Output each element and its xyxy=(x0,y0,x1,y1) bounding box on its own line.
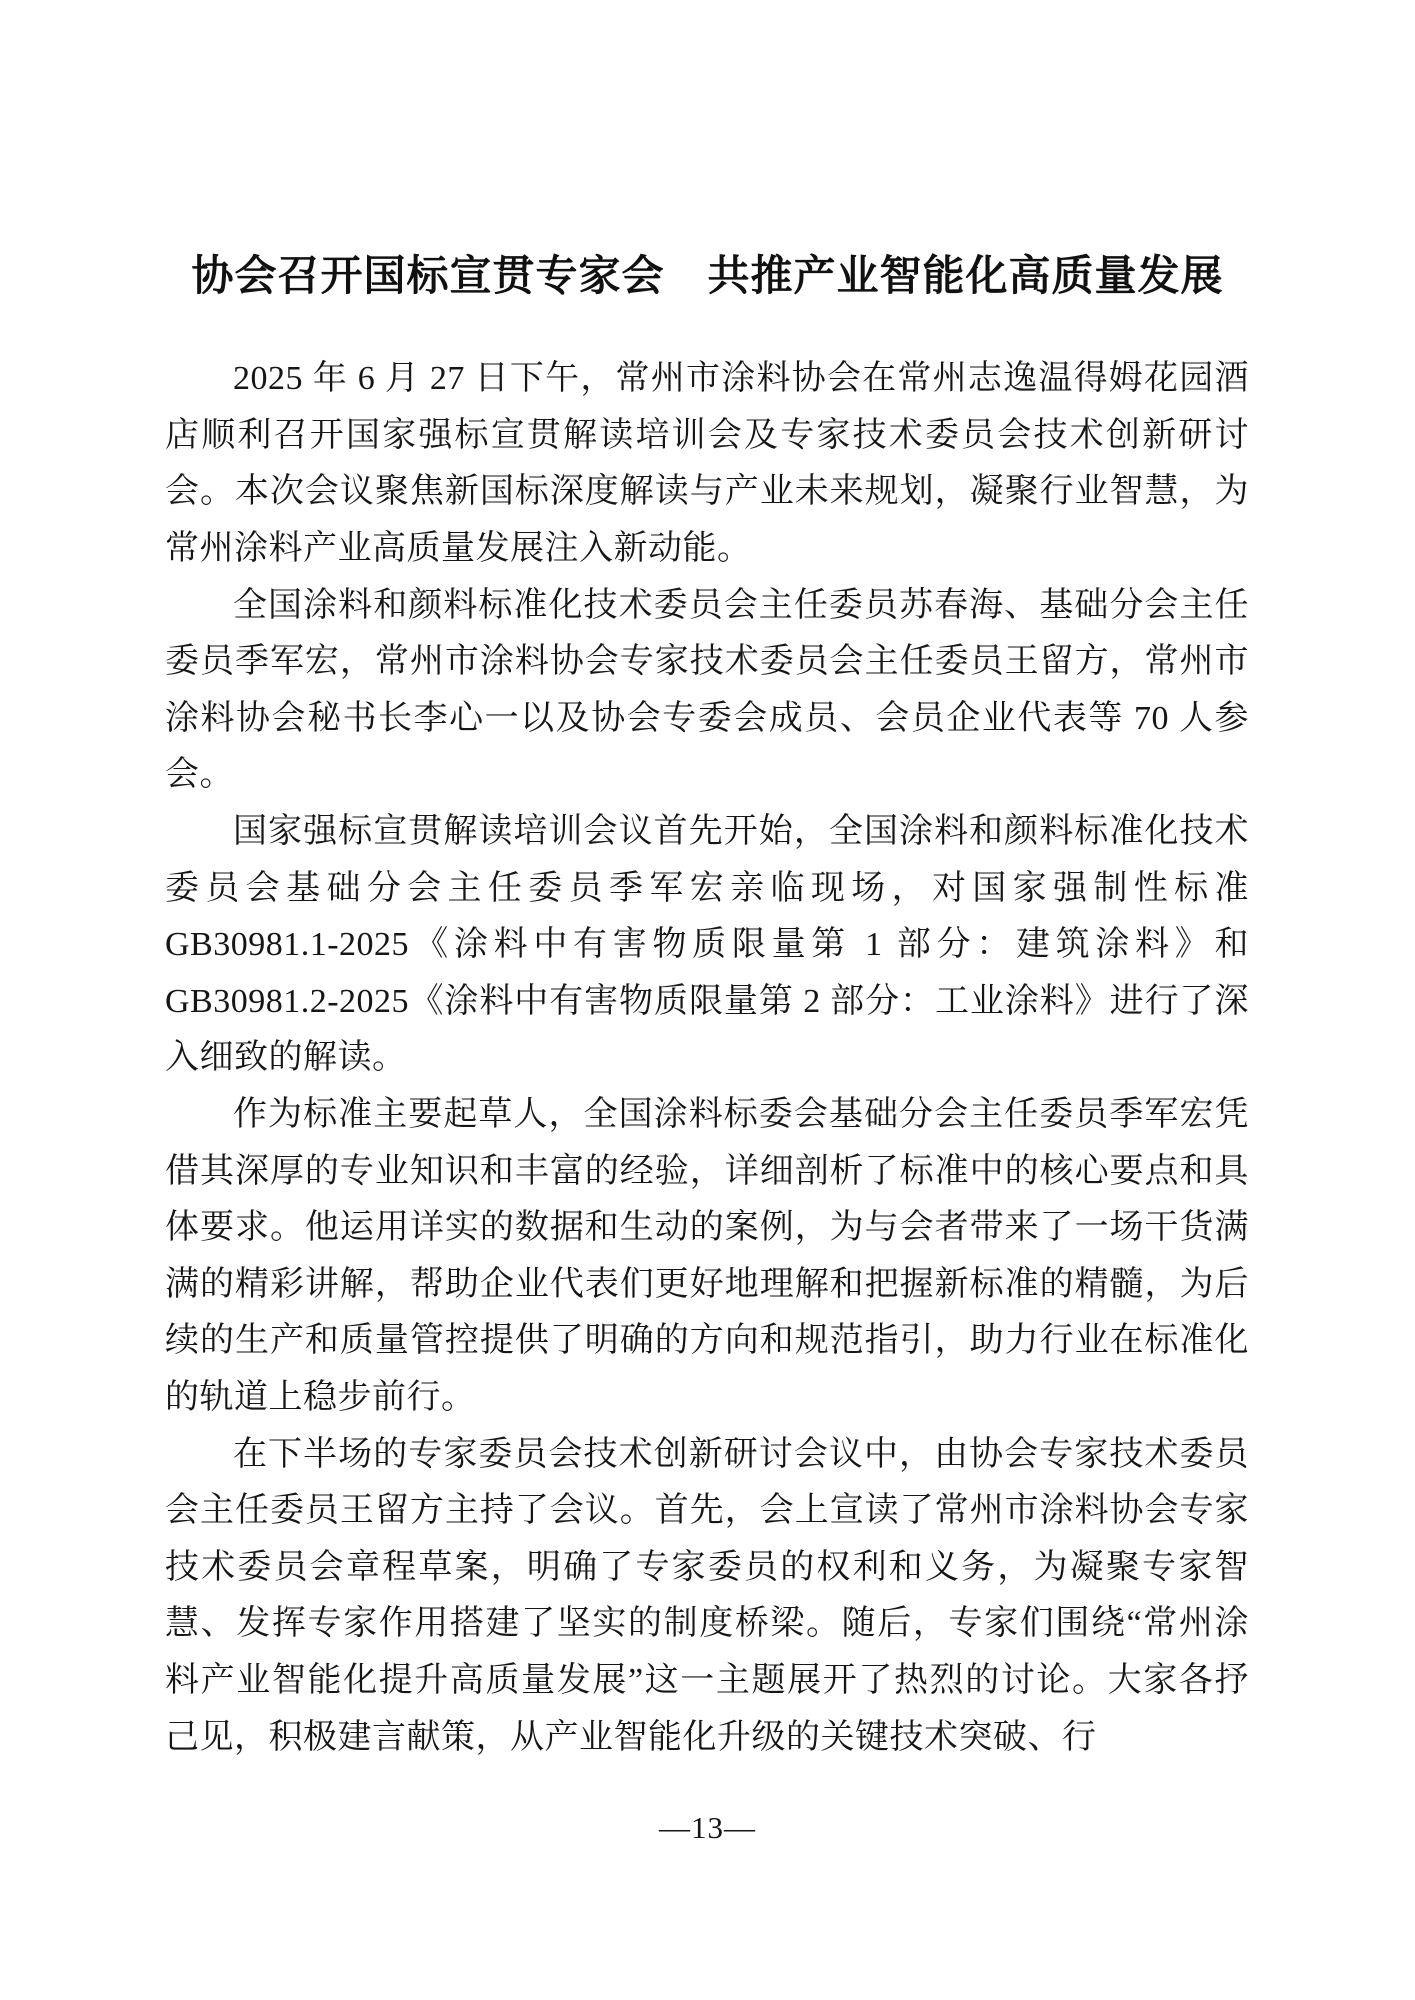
paragraph-1: 2025 年 6 月 27 日下午，常州市涂料协会在常州志逸温得姆花园酒店顺利召… xyxy=(165,351,1249,577)
article-body: 2025 年 6 月 27 日下午，常州市涂料协会在常州志逸温得姆花园酒店顺利召… xyxy=(165,351,1249,1766)
paragraph-2: 全国涂料和颜料标准化技术委员会主任委员苏春海、基础分会主任委员季军宏，常州市涂料… xyxy=(165,578,1249,804)
page-title: 协会召开国标宣贯专家会 共推产业智能化高质量发展 xyxy=(0,0,1415,301)
paragraph-3: 国家强标宣贯解读培训会议首先开始，全国涂料和颜料标准化技术委员会基础分会主任委员… xyxy=(165,804,1249,1087)
paragraph-4: 作为标准主要起草人，全国涂料标委会基础分会主任委员季军宏凭借其深厚的专业知识和丰… xyxy=(165,1087,1249,1427)
page-number: —13— xyxy=(0,1810,1415,1846)
document-page: 协会召开国标宣贯专家会 共推产业智能化高质量发展 2025 年 6 月 27 日… xyxy=(0,0,1415,2000)
paragraph-5: 在下半场的专家委员会技术创新研讨会议中，由协会专家技术委员会主任委员王留方主持了… xyxy=(165,1427,1249,1767)
